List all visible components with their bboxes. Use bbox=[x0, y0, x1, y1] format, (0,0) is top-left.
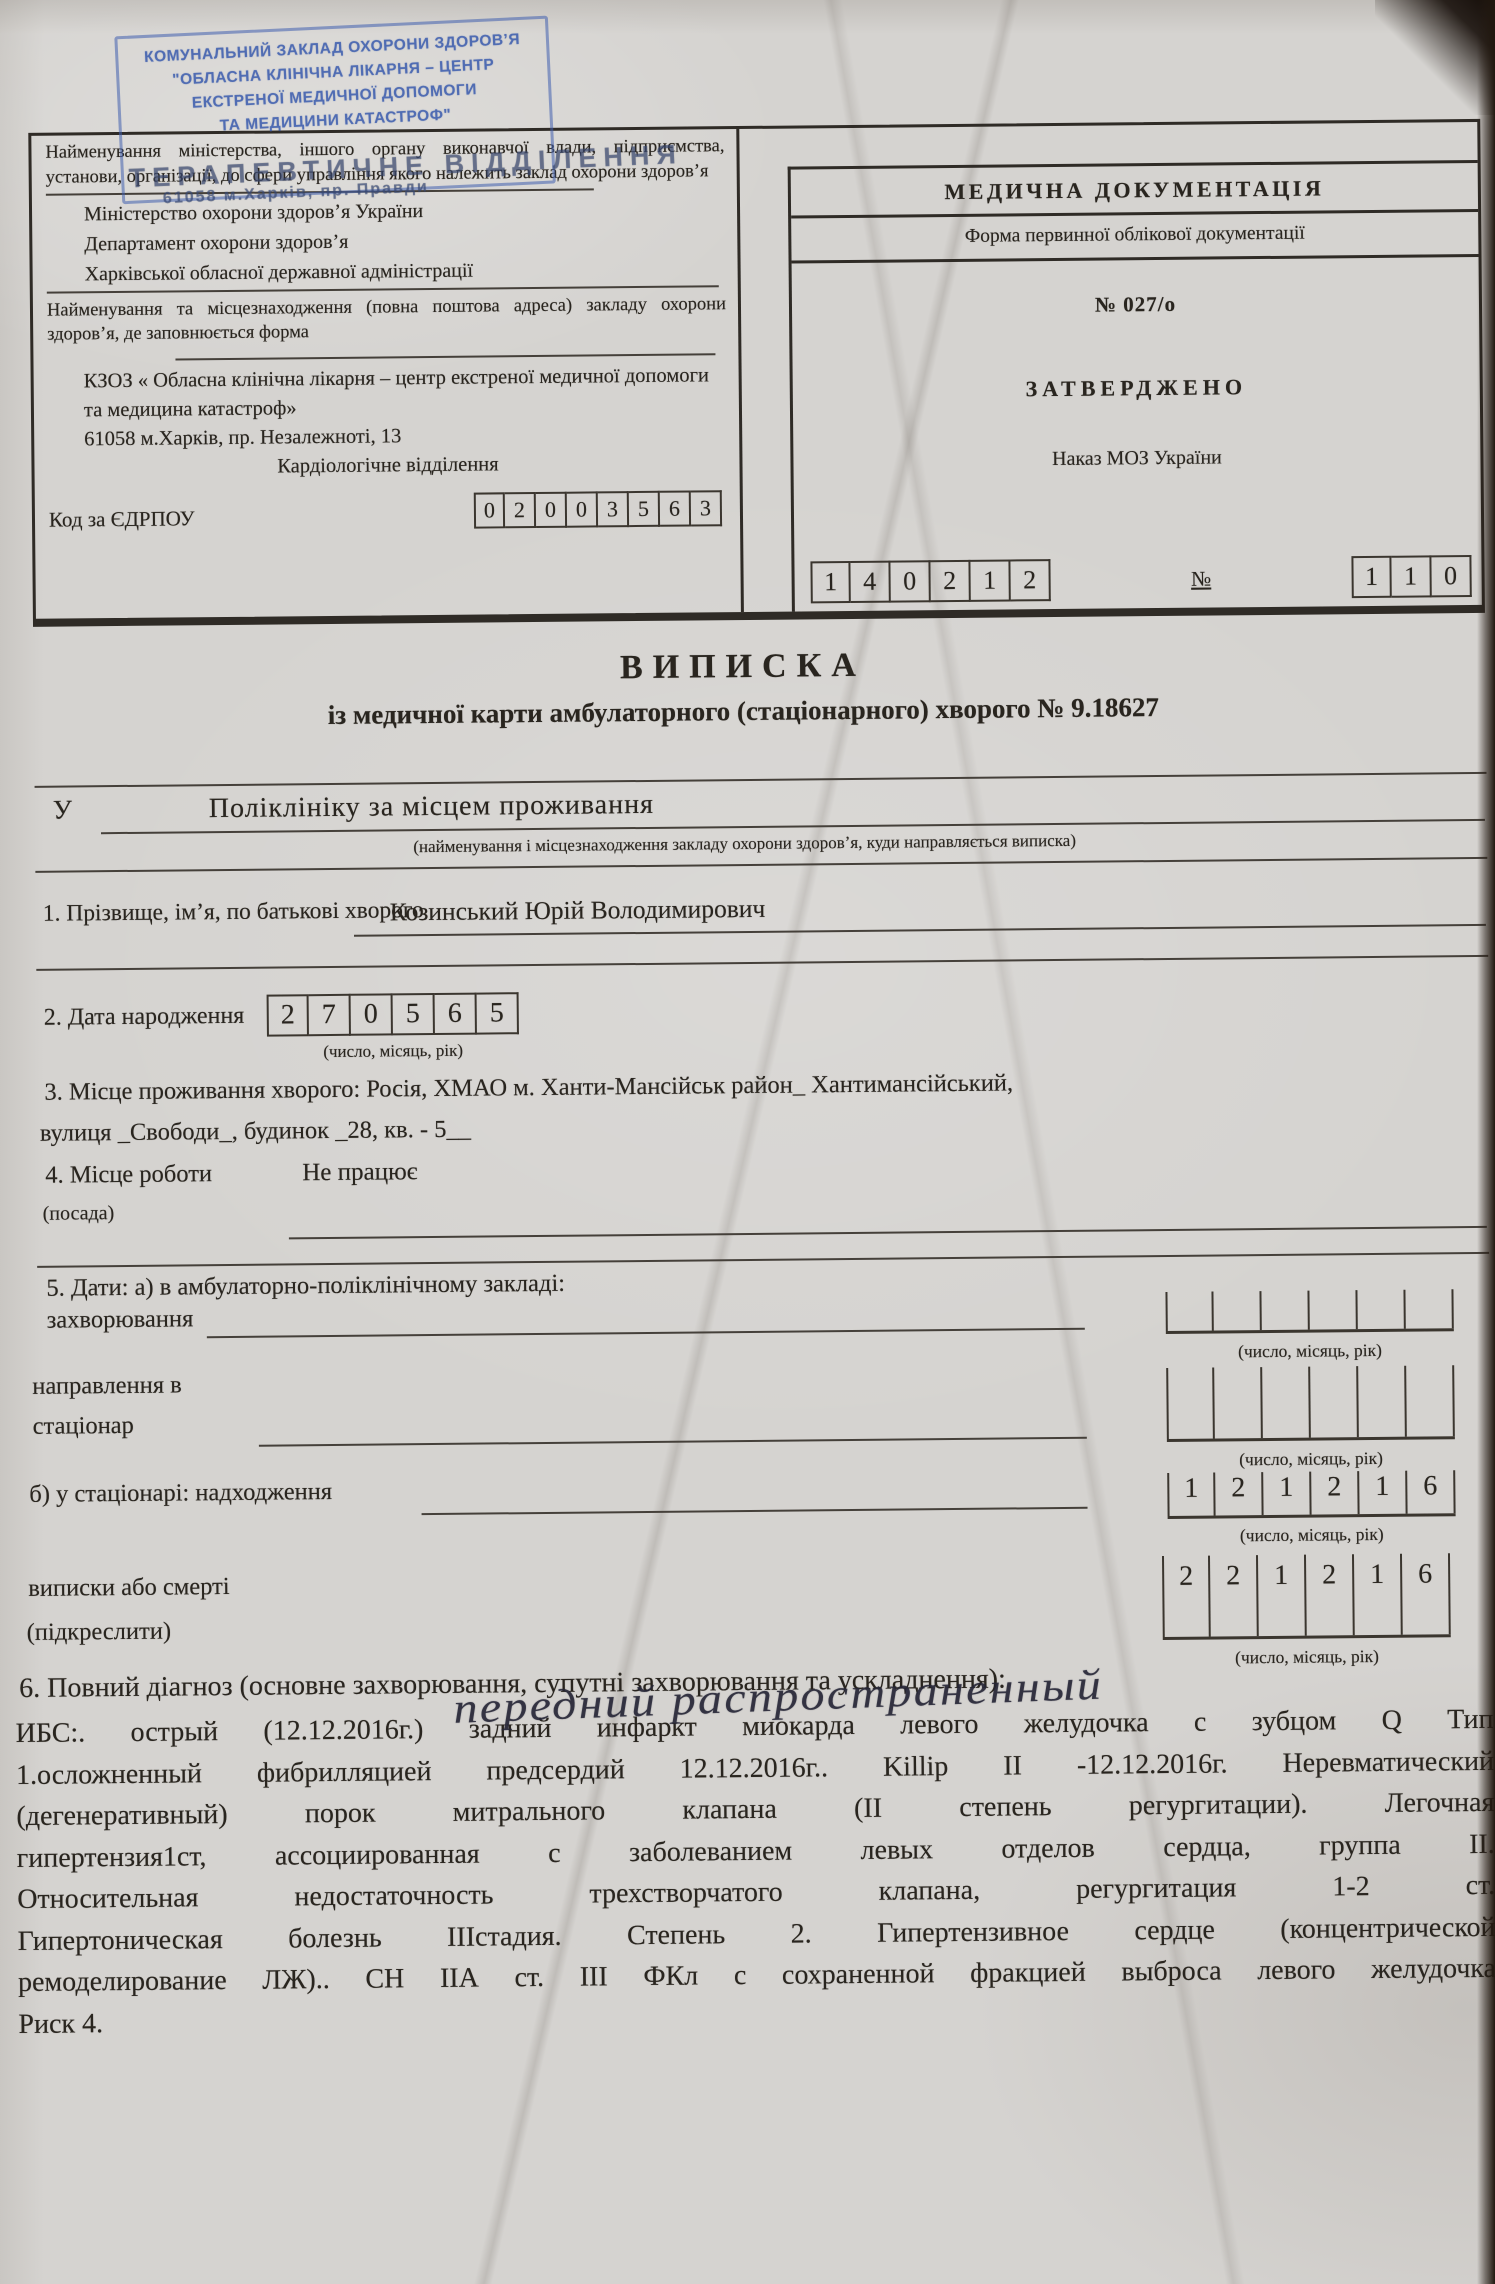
form-number: № 027/о bbox=[792, 289, 1479, 321]
photo-edge-shadow bbox=[1477, 0, 1495, 2284]
facility-name: КЗОЗ « Обласна клінічна лікарня – центр … bbox=[48, 361, 728, 426]
ruled-line bbox=[175, 353, 715, 360]
digit-box: 6 bbox=[1407, 1470, 1455, 1513]
digit-box: 1 bbox=[1351, 556, 1391, 598]
digit-box: 6 bbox=[660, 490, 691, 526]
digit-box: 2 bbox=[1162, 1556, 1211, 1637]
digit-box: 2 bbox=[505, 492, 536, 528]
form-label: Форма первинної облікової документації bbox=[791, 212, 1478, 264]
fill-in-line bbox=[207, 1328, 1085, 1338]
workplace-label: 4. Місце роботи bbox=[45, 1160, 212, 1190]
dates-section-label: 5. Дати: а) в амбулаторно-поліклінічному… bbox=[46, 1270, 565, 1303]
diagnosis-paragraph: ИБС:. острый (12.12.2016г.) задний инфар… bbox=[15, 1699, 1495, 2045]
referral-date-boxes bbox=[1166, 1365, 1455, 1442]
digit-box: 0 bbox=[474, 492, 505, 528]
document-subtitle: із медичної карти амбулаторного (стаціон… bbox=[0, 689, 1491, 734]
digit-box: 2 bbox=[1210, 1555, 1259, 1636]
ruled-line bbox=[35, 857, 1487, 873]
header-spacer bbox=[739, 129, 792, 612]
facility-label: Найменування та місцезнаходження (повна … bbox=[47, 292, 726, 348]
digit-box: 2 bbox=[1311, 1471, 1359, 1514]
digit-box: 1 bbox=[1359, 1471, 1407, 1514]
digit-box: 2 bbox=[930, 560, 970, 602]
addressee-label: У bbox=[53, 794, 72, 825]
edrpou-label: Код за ЄДРПОУ bbox=[49, 506, 195, 532]
date-format-hint: (число, місяць, рік) bbox=[1157, 1645, 1457, 1669]
digit-box: 1 bbox=[810, 561, 850, 603]
fill-in-line bbox=[259, 1437, 1087, 1447]
digit-box: 6 bbox=[435, 993, 477, 1035]
illness-date-label: захворювання bbox=[47, 1305, 194, 1334]
edrpou-code-boxes: 0 2 0 0 3 5 6 3 bbox=[474, 490, 722, 528]
digit-box: 0 bbox=[351, 993, 393, 1035]
date-format-hint: (число, місяць, рік) bbox=[267, 1040, 519, 1062]
number-sign: № bbox=[1183, 566, 1219, 591]
digit-box: 2 bbox=[1306, 1554, 1355, 1635]
position-sublabel: (посада) bbox=[43, 1202, 115, 1226]
digit-box: 5 bbox=[629, 490, 660, 526]
digit-box bbox=[1165, 1292, 1213, 1331]
digit-box bbox=[1166, 1368, 1215, 1439]
digit-box: 1 bbox=[1258, 1555, 1307, 1636]
digit-box: 5 bbox=[477, 992, 519, 1034]
digit-box: 1 bbox=[1167, 1473, 1215, 1516]
patient-name-label: 1. Прізвище, ім’я, по батькові хворого bbox=[43, 897, 424, 928]
referral-date-label: направлення в bbox=[32, 1371, 182, 1400]
order-label: Наказ МОЗ України bbox=[793, 444, 1480, 474]
digit-box: 2 bbox=[1215, 1472, 1263, 1515]
doc-type-heading: МЕДИЧНА ДОКУМЕНТАЦІЯ bbox=[791, 163, 1478, 219]
digit-box: 0 bbox=[567, 491, 598, 527]
addressee-value: Поліклініку за місцем проживання bbox=[209, 789, 655, 825]
digit-box bbox=[1261, 1291, 1309, 1330]
digit-box: 6 bbox=[1402, 1553, 1451, 1634]
digit-box bbox=[1214, 1367, 1263, 1438]
workplace-value: Не працює bbox=[302, 1158, 417, 1187]
document-title: ВИПИСКА bbox=[0, 641, 1491, 693]
residence-line1: 3. Місце проживання хворого: Росія, ХМАО… bbox=[44, 1069, 1013, 1106]
order-number-row: 1 4 0 2 1 2 № 1 1 0 bbox=[810, 555, 1471, 603]
digit-box: 1 bbox=[1354, 1554, 1403, 1635]
fill-in-line bbox=[422, 1507, 1088, 1515]
ruled-line bbox=[37, 1252, 1489, 1268]
digit-box: 0 bbox=[890, 560, 930, 602]
digit-box: 4 bbox=[850, 561, 890, 603]
order-number-boxes: 1 1 0 bbox=[1351, 555, 1471, 598]
digit-box bbox=[1358, 1366, 1407, 1437]
edrpou-row: Код за ЄДРПОУ 0 2 0 0 3 5 6 3 bbox=[49, 490, 728, 533]
digit-box bbox=[1405, 1289, 1453, 1328]
scanned-medical-form-photo: КОМУНАЛЬНИЙ ЗАКЛАД ОХОРОНИ ЗДОРОВ’Я "ОБЛ… bbox=[0, 0, 1495, 2284]
date-format-hint: (число, місяць, рік) bbox=[1161, 1447, 1461, 1471]
order-date-boxes: 1 4 0 2 1 2 bbox=[810, 559, 1050, 603]
digit-box bbox=[1309, 1290, 1357, 1329]
date-format-hint: (число, місяць, рік) bbox=[1160, 1339, 1460, 1363]
header-right-cell: МЕДИЧНА ДОКУМЕНТАЦІЯ Форма первинної обл… bbox=[788, 160, 1482, 612]
digit-box bbox=[1213, 1291, 1261, 1330]
admission-date-label: б) у стаціонарі: надходження bbox=[29, 1478, 332, 1509]
digit-box: 0 bbox=[536, 491, 567, 527]
discharge-date-label: виписки або смерті bbox=[28, 1573, 230, 1603]
birth-date-label: 2. Дата народження bbox=[44, 1003, 245, 1032]
facility-department: Кардіологічне відділення bbox=[48, 449, 727, 485]
digit-box bbox=[1406, 1365, 1455, 1436]
referral-date-label2: стаціонар bbox=[33, 1412, 134, 1441]
patient-name-value: Козинський Юрій Володимирович bbox=[390, 894, 766, 928]
ruled-line bbox=[35, 772, 1487, 788]
fill-in-line bbox=[289, 1226, 1487, 1239]
date-format-hint: (число, місяць, рік) bbox=[1162, 1523, 1462, 1547]
digit-box: 2 bbox=[267, 994, 309, 1036]
discharge-date-label2: (підкреслити) bbox=[27, 1618, 172, 1647]
digit-box bbox=[1310, 1366, 1359, 1437]
digit-box: 5 bbox=[393, 993, 435, 1035]
digit-box: 7 bbox=[309, 994, 351, 1036]
digit-box: 3 bbox=[691, 490, 722, 526]
digit-box: 1 bbox=[970, 559, 1010, 601]
digit-box: 2 bbox=[1010, 559, 1050, 601]
discharge-date-boxes: 2 2 1 2 1 6 bbox=[1162, 1553, 1451, 1640]
ministry-line: Харківської обласної державної адміністр… bbox=[46, 253, 725, 290]
digit-box bbox=[1357, 1290, 1405, 1329]
digit-box: 1 bbox=[1391, 555, 1431, 597]
document-content: КОМУНАЛЬНИЙ ЗАКЛАД ОХОРОНИ ЗДОРОВ’Я "ОБЛ… bbox=[0, 0, 1495, 2284]
illness-date-boxes bbox=[1165, 1289, 1453, 1334]
digit-box: 1 bbox=[1263, 1472, 1311, 1515]
digit-box bbox=[1262, 1367, 1311, 1438]
residence-line2: вулиця _Свободи_, будинок _28, кв. - 5__ bbox=[40, 1116, 471, 1148]
birth-date-boxes: 2 7 0 5 6 5 bbox=[267, 992, 519, 1036]
approved-label: ЗАТВЕРДЖЕНО bbox=[793, 372, 1480, 405]
digit-box: 3 bbox=[598, 491, 629, 527]
fill-in-line bbox=[36, 955, 1488, 971]
admission-date-boxes: 1 2 1 2 1 6 bbox=[1167, 1470, 1455, 1519]
digit-box: 0 bbox=[1431, 555, 1471, 597]
